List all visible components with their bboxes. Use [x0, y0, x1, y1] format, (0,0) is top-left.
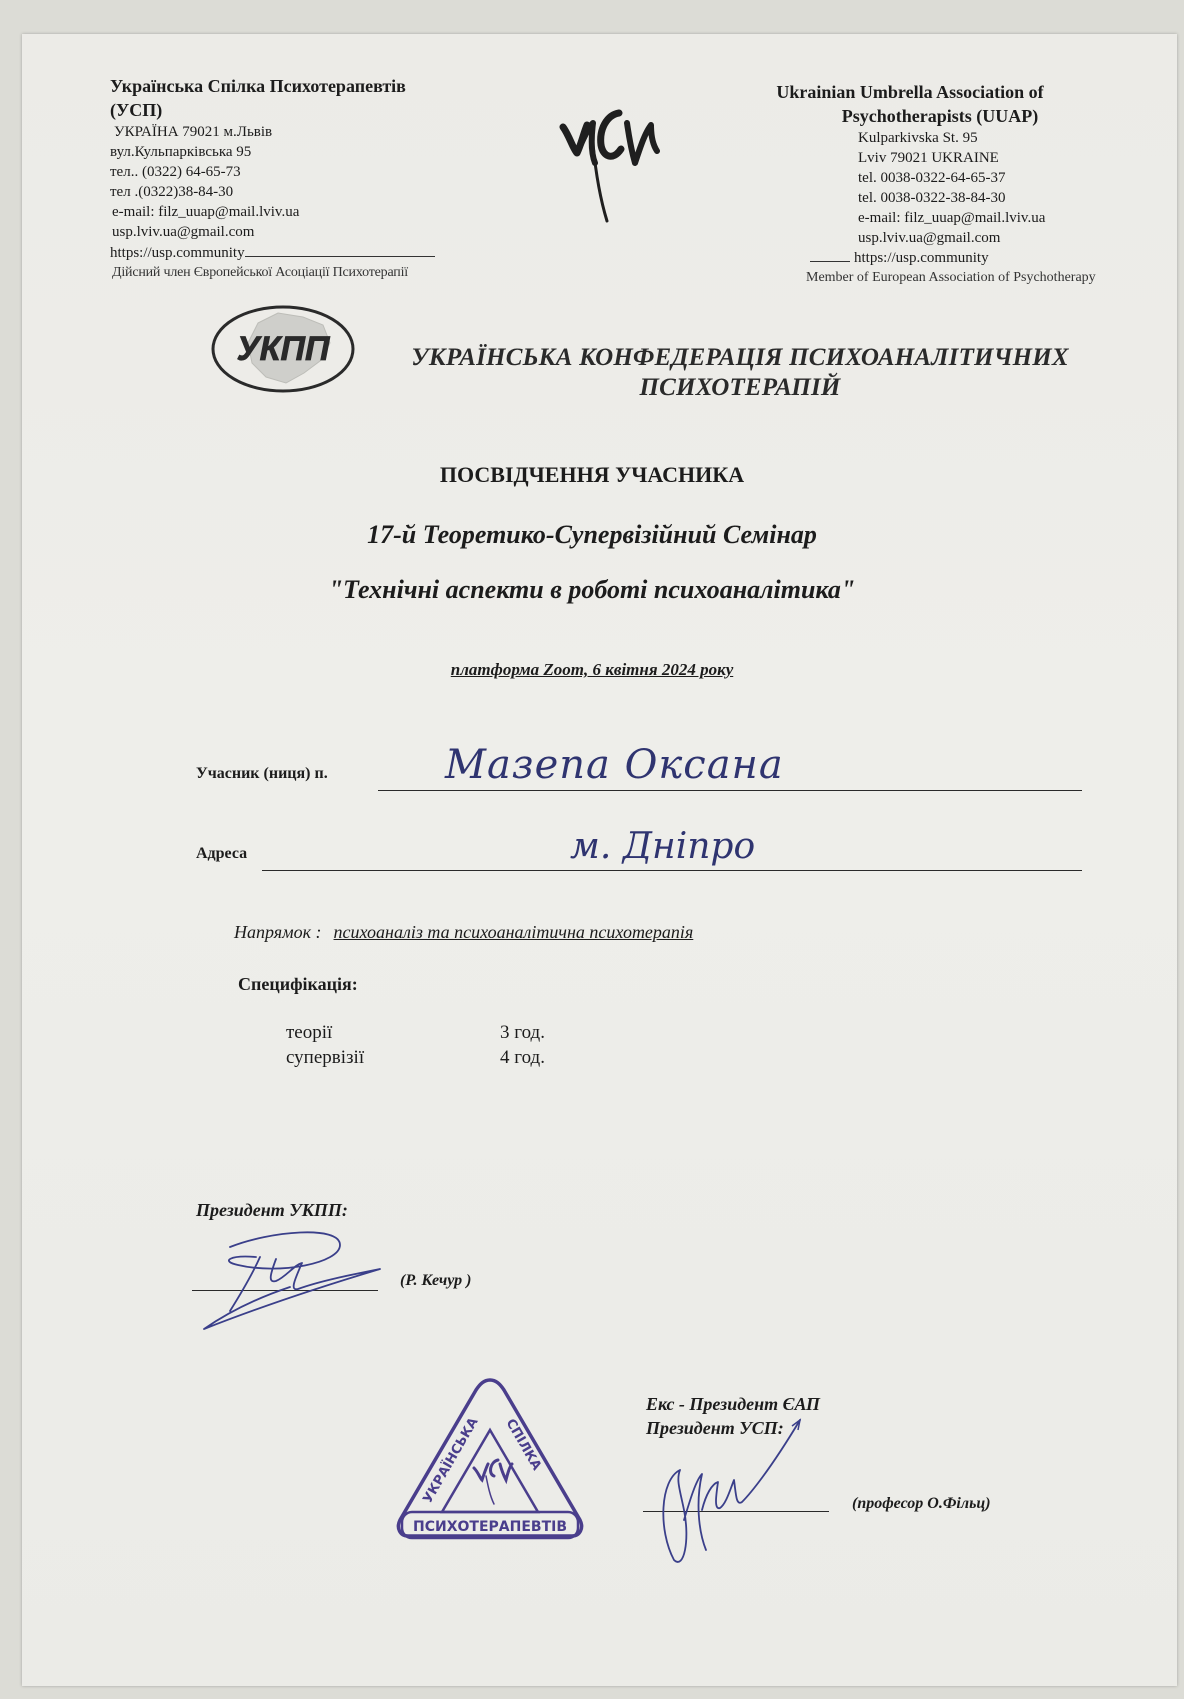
address-label: Адреса: [196, 845, 247, 863]
direction-label: Напрямок :: [234, 922, 322, 942]
website-link[interactable]: https://usp.community: [110, 245, 245, 261]
participant-name-handwritten: Мазепа Оксана: [445, 742, 784, 788]
email-line: e-mail: filz_uuap@mail.lviv.ua: [110, 202, 530, 222]
specification-label: Специфікація:: [238, 974, 358, 995]
signature-filts-icon: [640, 1410, 860, 1570]
spec-value: 3 год.: [500, 1022, 545, 1044]
org-name-en-2: Psychotherapists (UUAP): [720, 104, 1100, 128]
ukpp-logo-icon: УКПП: [208, 303, 358, 395]
email-line: usp.lviv.ua@gmail.com: [858, 228, 1100, 248]
ukpp-logo-text: УКПП: [237, 330, 331, 368]
direction-row: Напрямок :психоаналіз та психоаналітична…: [234, 922, 693, 943]
confederation-title: УКРАЇНСЬКА КОНФЕДЕРАЦІЯ ПСИХОАНАЛІТИЧНИХ…: [380, 343, 1100, 403]
email-line: usp.lviv.ua@gmail.com: [110, 222, 530, 242]
phone-line: тел.. (0322) 64-65-73: [110, 162, 530, 182]
president-ukpp-name: (Р. Кечур ): [400, 1272, 471, 1290]
signature-kechur-icon: [190, 1225, 410, 1335]
svg-text:ПСИХОТЕРАПЕВТІВ: ПСИХОТЕРАПЕВТІВ: [413, 1519, 567, 1535]
membership-ua: Дійсний член Європейської Асоціації Псих…: [110, 263, 530, 283]
platform-date: платформа Zoom, 6 квітня 2024 року: [0, 660, 1184, 680]
spec-label: теорії: [286, 1022, 332, 1044]
email-line: e-mail: filz_uuap@mail.lviv.ua: [858, 208, 1100, 228]
address-line: Lviv 79021 UKRAINE: [858, 148, 1100, 168]
phone-line: tel. 0038-0322-38-84-30: [858, 188, 1100, 208]
usp-logo-icon: [555, 105, 665, 225]
seminar-title: 17-й Теоретико-Супервізійний Семінар: [0, 520, 1184, 550]
header-left: Українська Спілка Психотерапевтів (УСП) …: [110, 74, 530, 283]
direction-value: психоаналіз та психоаналітична психотера…: [334, 922, 694, 942]
participant-label: Учасник (ниця) п.: [196, 765, 328, 783]
confederation-line-1: УКРАЇНСЬКА КОНФЕДЕРАЦІЯ ПСИХОАНАЛІТИЧНИХ: [380, 343, 1100, 373]
org-name-en-1: Ukrainian Umbrella Association of: [720, 80, 1100, 104]
org-name-ua: Українська Спілка Психотерапевтів: [110, 74, 530, 98]
address-line: вул.Кульпарківська 95: [110, 142, 530, 162]
seminar-topic: "Технічні аспекти в роботі психоаналітик…: [0, 575, 1184, 605]
usp-stamp-icon: ПСИХОТЕРАПЕВТІВ УКРАЇНСЬКА СПІЛКА: [390, 1372, 590, 1557]
phone-line: tel. 0038-0322-64-65-37: [858, 168, 1100, 188]
address-handwritten: м. Дніпро: [570, 826, 755, 867]
participant-line: [378, 790, 1082, 791]
website-link[interactable]: https://usp.community: [854, 250, 989, 266]
address-line: Kulparkivska St. 95: [858, 128, 1100, 148]
header-right: Ukrainian Umbrella Association of Psycho…: [720, 80, 1100, 288]
confederation-line-2: ПСИХОТЕРАПІЙ: [380, 373, 1100, 403]
president-usp-name: (професор О.Фільц): [852, 1495, 991, 1513]
president-ukpp-title: Президент УКПП:: [196, 1200, 348, 1221]
spec-value: 4 год.: [500, 1047, 545, 1069]
membership-en: Member of European Association of Psycho…: [806, 268, 1100, 288]
address-line-field: [262, 870, 1082, 871]
fill-line: [810, 261, 850, 262]
fill-line: [245, 242, 435, 257]
org-abbr-ua: (УСП): [110, 98, 530, 122]
phone-line: тел .(0322)38-84-30: [110, 182, 530, 202]
certificate-title: ПОСВІДЧЕННЯ УЧАСНИКА: [0, 462, 1184, 488]
spec-label: супервізії: [286, 1047, 364, 1069]
address-line: УКРАЇНА 79021 м.Львів: [110, 122, 530, 142]
